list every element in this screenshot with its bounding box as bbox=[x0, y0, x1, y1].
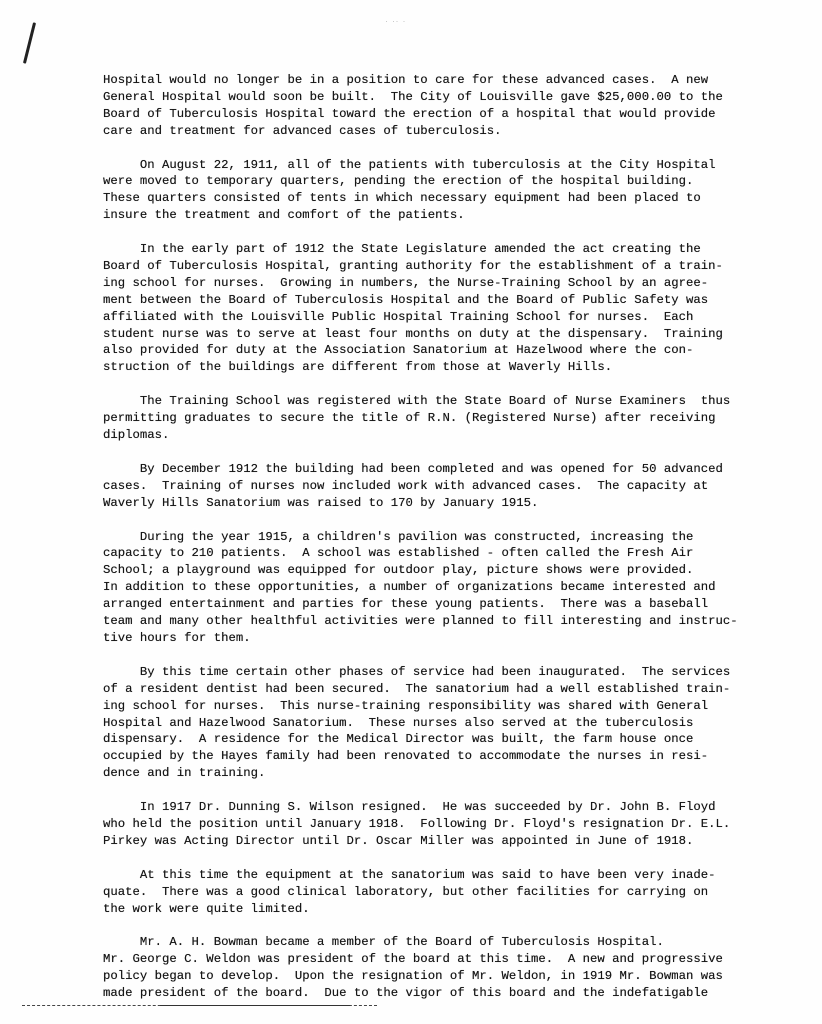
paragraph: At this time the equipment at the sanato… bbox=[103, 867, 763, 918]
text-line: Waverly Hills Sanatorium was raised to 1… bbox=[103, 495, 763, 512]
text-line: Mr. A. H. Bowman became a member of the … bbox=[103, 934, 763, 951]
text-line: Hospital and Hazelwood Sanatorium. These… bbox=[103, 715, 763, 732]
paragraph: During the year 1915, a children's pavil… bbox=[103, 529, 763, 647]
text-line: affiliated with the Louisville Public Ho… bbox=[103, 309, 763, 326]
text-line: Board of Tuberculosis Hospital, granting… bbox=[103, 258, 763, 275]
text-line: permitting graduates to secure the title… bbox=[103, 410, 763, 427]
document-body: Hospital would no longer be in a positio… bbox=[103, 72, 763, 1019]
text-line: who held the position until January 1918… bbox=[103, 816, 763, 833]
text-line: On August 22, 1911, all of the patients … bbox=[103, 157, 763, 174]
text-line: Mr. George C. Weldon was president of th… bbox=[103, 951, 763, 968]
text-line: tive hours for them. bbox=[103, 630, 763, 647]
text-line: These quarters consisted of tents in whi… bbox=[103, 190, 763, 207]
text-line: cases. Training of nurses now included w… bbox=[103, 478, 763, 495]
text-line: team and many other healthful activities… bbox=[103, 613, 763, 630]
text-line: made president of the board. Due to the … bbox=[103, 985, 763, 1002]
pen-margin-mark bbox=[23, 22, 36, 63]
text-line: Pirkey was Acting Director until Dr. Osc… bbox=[103, 833, 763, 850]
text-line: insure the treatment and comfort of the … bbox=[103, 207, 763, 224]
paragraph: Hospital would no longer be in a positio… bbox=[103, 72, 763, 140]
text-line: ing school for nurses. This nurse-traini… bbox=[103, 698, 763, 715]
header-mark: · ·· · bbox=[385, 19, 406, 25]
text-line: Hospital would no longer be in a positio… bbox=[103, 72, 763, 89]
text-line: policy began to develop. Upon the resign… bbox=[103, 968, 763, 985]
text-line: quate. There was a good clinical laborat… bbox=[103, 884, 763, 901]
text-line: arranged entertainment and parties for t… bbox=[103, 596, 763, 613]
text-line: In addition to these opportunities, a nu… bbox=[103, 579, 763, 596]
text-line: ment between the Board of Tuberculosis H… bbox=[103, 292, 763, 309]
paragraph: On August 22, 1911, all of the patients … bbox=[103, 157, 763, 225]
text-line: occupied by the Hayes family had been re… bbox=[103, 748, 763, 765]
paragraph: The Training School was registered with … bbox=[103, 393, 763, 444]
text-line: School; a playground was equipped for ou… bbox=[103, 562, 763, 579]
text-line: The Training School was registered with … bbox=[103, 393, 763, 410]
document-page: · ·· · Hospital would no longer be in a … bbox=[0, 0, 822, 1024]
text-line: dispensary. A residence for the Medical … bbox=[103, 731, 763, 748]
paragraph: By December 1912 the building had been c… bbox=[103, 461, 763, 512]
text-line: struction of the buildings are different… bbox=[103, 359, 763, 376]
text-line: ing school for nurses. Growing in number… bbox=[103, 275, 763, 292]
text-line: During the year 1915, a children's pavil… bbox=[103, 529, 763, 546]
paragraph: Mr. A. H. Bowman became a member of the … bbox=[103, 934, 763, 1002]
text-line: the work were quite limited. bbox=[103, 901, 763, 918]
text-line: diplomas. bbox=[103, 427, 763, 444]
text-line: were moved to temporary quarters, pendin… bbox=[103, 173, 763, 190]
text-line: dence and in training. bbox=[103, 765, 763, 782]
text-line: In the early part of 1912 the State Legi… bbox=[103, 241, 763, 258]
paragraph: In the early part of 1912 the State Legi… bbox=[103, 241, 763, 376]
text-line: care and treatment for advanced cases of… bbox=[103, 123, 763, 140]
text-line: also provided for duty at the Associatio… bbox=[103, 342, 763, 359]
text-line: student nurse was to serve at least four… bbox=[103, 326, 763, 343]
text-line: By this time certain other phases of ser… bbox=[103, 664, 763, 681]
text-line: In 1917 Dr. Dunning S. Wilson resigned. … bbox=[103, 799, 763, 816]
text-line: Board of Tuberculosis Hospital toward th… bbox=[103, 106, 763, 123]
text-line: capacity to 210 patients. A school was e… bbox=[103, 545, 763, 562]
text-line: of a resident dentist had been secured. … bbox=[103, 681, 763, 698]
paragraph: By this time certain other phases of ser… bbox=[103, 664, 763, 782]
text-line: At this time the equipment at the sanato… bbox=[103, 867, 763, 884]
text-line: General Hospital would soon be built. Th… bbox=[103, 89, 763, 106]
footer-rule-segment bbox=[160, 1005, 350, 1007]
text-line: By December 1912 the building had been c… bbox=[103, 461, 763, 478]
paragraph: In 1917 Dr. Dunning S. Wilson resigned. … bbox=[103, 799, 763, 850]
